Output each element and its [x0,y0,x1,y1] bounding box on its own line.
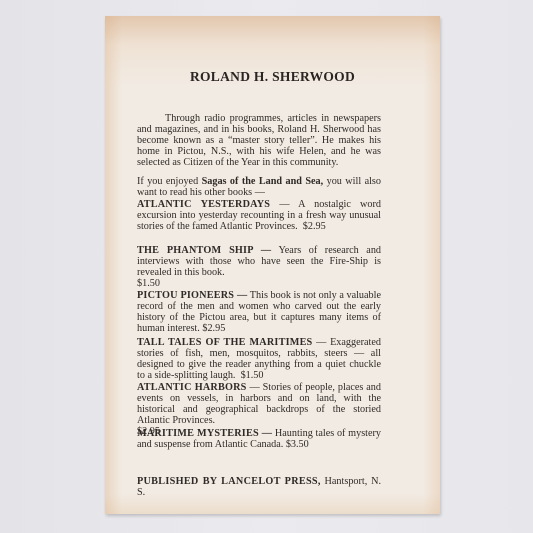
author-heading: ROLAND H. SHERWOOD [105,69,440,85]
book-entry: THE PHANTOM SHIP — Years of research and… [137,245,381,289]
book-entry: TALL TALES OF THE MARITIMES — Exaggerate… [137,337,381,381]
other-books-intro: If you enjoyed Sagas of the Land and Sea… [137,176,381,198]
book-price: $1.50 [241,370,264,381]
book-entry: PICTOU PIONEERS — This book is not only … [137,290,381,334]
book-price: $2.95 [303,221,326,232]
book-price: $2.95 [202,323,225,334]
book-entry: ATLANTIC YESTERDAYS — A nostalgic word e… [137,199,381,232]
book-title: ATLANTIC YESTERDAYS [137,199,270,210]
book-title: THE PHANTOM SHIP — [137,245,271,256]
book-title: PICTOU PIONEERS — [137,290,247,301]
book-price: $3.50 [286,439,309,450]
book-title: TALL TALES OF THE MARITIMES [137,337,312,348]
enjoy-prefix: If you enjoyed [137,176,202,187]
book-title: ATLANTIC HARBORS [137,382,247,393]
publisher-line: PUBLISHED BY LANCELOT PRESS, Hantsport, … [137,476,381,498]
book-price: $1.50 [137,278,160,289]
publisher-name: PUBLISHED BY LANCELOT PRESS, [137,476,321,487]
book-title: MARITIME MYSTERIES — [137,428,272,439]
book-back-cover: ROLAND H. SHERWOOD Through radio program… [105,16,440,514]
book-entry: MARITIME MYSTERIES — Haunting tales of m… [137,428,381,450]
current-book-title: Sagas of the Land and Sea, [202,176,324,187]
author-bio: Through radio programmes, articles in ne… [137,113,381,168]
